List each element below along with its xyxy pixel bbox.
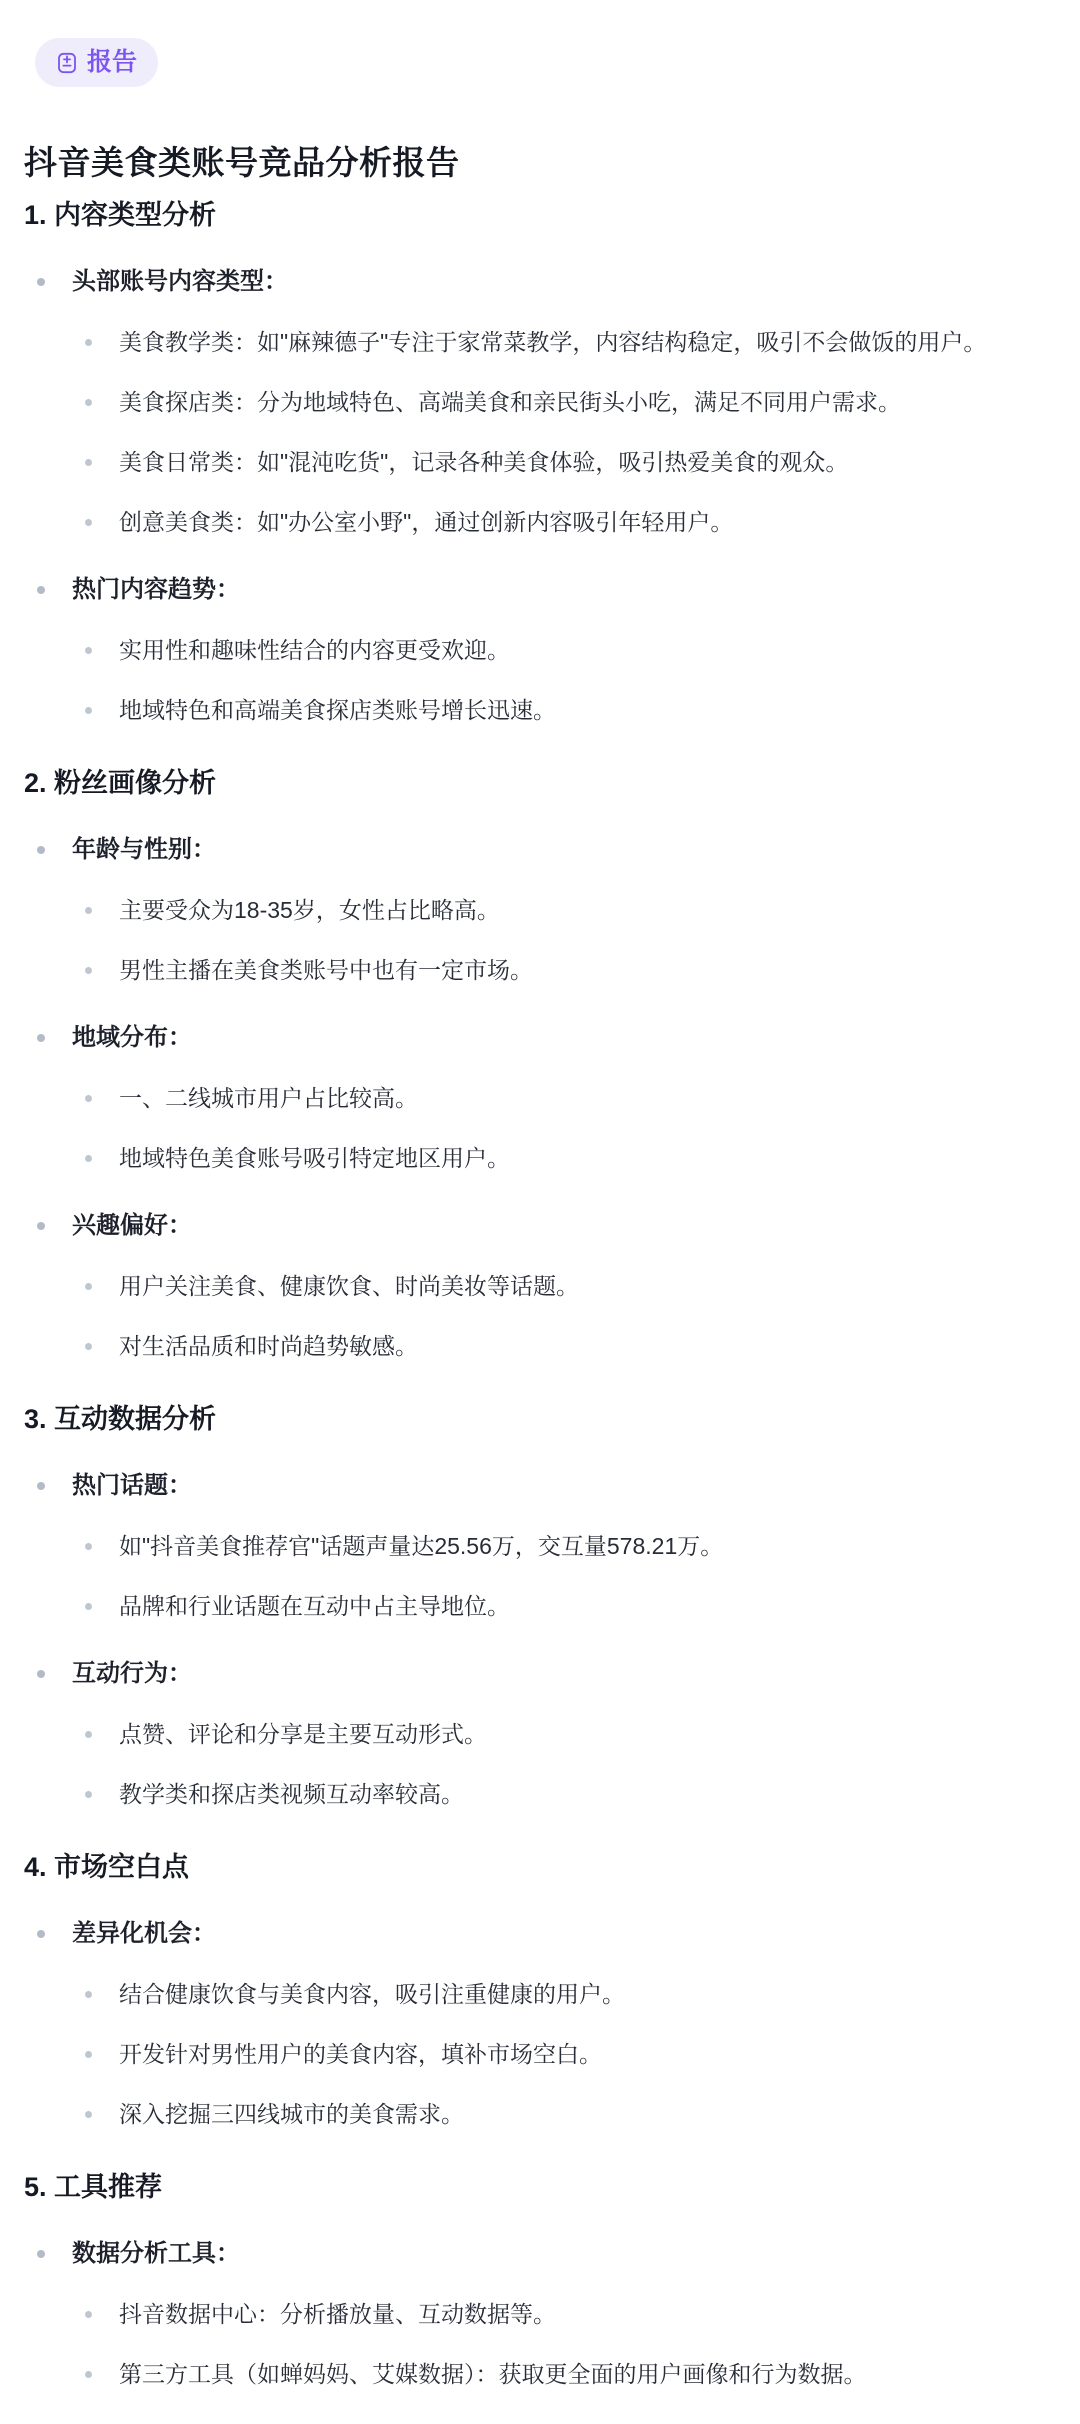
section-list: 热门话题：如"抖音美食推荐官"话题声量达25.56万，交互量578.21万。品牌… [24, 1469, 1056, 1811]
report-section: 4. 市场空白点差异化机会：结合健康饮食与美食内容，吸引注重健康的用户。开发针对… [24, 1849, 1056, 2131]
sub-list: 抖音数据中心：分析播放量、互动数据等。第三方工具（如蝉妈妈、艾媒数据）：获取更全… [72, 2297, 1056, 2391]
section-list: 头部账号内容类型：美食教学类：如"麻辣德子"专注于家常菜教学，内容结构稳定，吸引… [24, 265, 1056, 727]
list-item-level1: 差异化机会：结合健康饮食与美食内容，吸引注重健康的用户。开发针对男性用户的美食内… [24, 1917, 1056, 2131]
section-list: 差异化机会：结合健康饮食与美食内容，吸引注重健康的用户。开发针对男性用户的美食内… [24, 1917, 1056, 2131]
list-item-label: 互动行为： [72, 1657, 1056, 1691]
report-section: 2. 粉丝画像分析年龄与性别：主要受众为18-35岁，女性占比略高。男性主播在美… [24, 765, 1056, 1363]
list-item-level2: 抖音数据中心：分析播放量、互动数据等。 [119, 2297, 1056, 2331]
list-item-level2: 创意美食类：如"办公室小野"，通过创新内容吸引年轻用户。 [119, 505, 1056, 539]
section-heading: 1. 内容类型分析 [24, 197, 1056, 233]
list-item-label: 年龄与性别： [72, 833, 1056, 867]
list-item-level2: 地域特色美食账号吸引特定地区用户。 [119, 1141, 1056, 1175]
list-item-level1: 热门话题：如"抖音美食推荐官"话题声量达25.56万，交互量578.21万。品牌… [24, 1469, 1056, 1623]
sub-list: 实用性和趣味性结合的内容更受欢迎。地域特色和高端美食探店类账号增长迅速。 [72, 633, 1056, 727]
list-item-label: 兴趣偏好： [72, 1209, 1056, 1243]
list-item-level1: 互动行为：点赞、评论和分享是主要互动形式。教学类和探店类视频互动率较高。 [24, 1657, 1056, 1811]
list-item-level2: 地域特色和高端美食探店类账号增长迅速。 [119, 693, 1056, 727]
report-page: 报告 抖音美食类账号竞品分析报告 1. 内容类型分析头部账号内容类型：美食教学类… [0, 0, 1080, 2424]
list-item-level2: 深入挖掘三四线城市的美食需求。 [119, 2097, 1056, 2131]
list-item-level2: 实用性和趣味性结合的内容更受欢迎。 [119, 633, 1056, 667]
list-item-level2: 对生活品质和时尚趋势敏感。 [119, 1329, 1056, 1363]
list-item-label: 数据分析工具： [72, 2237, 1056, 2271]
list-item-label: 头部账号内容类型： [72, 265, 1056, 299]
list-item-level2: 一、二线城市用户占比较高。 [119, 1081, 1056, 1115]
report-section: 1. 内容类型分析头部账号内容类型：美食教学类：如"麻辣德子"专注于家常菜教学，… [24, 197, 1056, 727]
list-item-level2: 如"抖音美食推荐官"话题声量达25.56万，交互量578.21万。 [119, 1529, 1056, 1563]
list-item-level2: 教学类和探店类视频互动率较高。 [119, 1777, 1056, 1811]
list-item-level2: 男性主播在美食类账号中也有一定市场。 [119, 953, 1056, 987]
sub-list: 美食教学类：如"麻辣德子"专注于家常菜教学，内容结构稳定，吸引不会做饭的用户。美… [72, 325, 1056, 539]
list-item-label: 地域分布： [72, 1021, 1056, 1055]
sub-list: 点赞、评论和分享是主要互动形式。教学类和探店类视频互动率较高。 [72, 1717, 1056, 1811]
sub-list: 主要受众为18-35岁，女性占比略高。男性主播在美食类账号中也有一定市场。 [72, 893, 1056, 987]
report-document-icon [56, 52, 78, 74]
list-item-level2: 美食探店类：分为地域特色、高端美食和亲民街头小吃，满足不同用户需求。 [119, 385, 1056, 419]
list-item-level2: 结合健康饮食与美食内容，吸引注重健康的用户。 [119, 1977, 1056, 2011]
list-item-level2: 美食日常类：如"混沌吃货"，记录各种美食体验，吸引热爱美食的观众。 [119, 445, 1056, 479]
sub-list: 一、二线城市用户占比较高。地域特色美食账号吸引特定地区用户。 [72, 1081, 1056, 1175]
list-item-level2: 第三方工具（如蝉妈妈、艾媒数据）：获取更全面的用户画像和行为数据。 [119, 2357, 1056, 2391]
report-badge-label: 报告 [87, 48, 137, 77]
report-section: 3. 互动数据分析热门话题：如"抖音美食推荐官"话题声量达25.56万，交互量5… [24, 1401, 1056, 1811]
list-item-level2: 开发针对男性用户的美食内容，填补市场空白。 [119, 2037, 1056, 2071]
list-item-level1: 数据分析工具：抖音数据中心：分析播放量、互动数据等。第三方工具（如蝉妈妈、艾媒数… [24, 2237, 1056, 2391]
list-item-level2: 美食教学类：如"麻辣德子"专注于家常菜教学，内容结构稳定，吸引不会做饭的用户。 [119, 325, 1056, 359]
section-heading: 4. 市场空白点 [24, 1849, 1056, 1885]
list-item-level1: 地域分布：一、二线城市用户占比较高。地域特色美食账号吸引特定地区用户。 [24, 1021, 1056, 1175]
list-item-level1: 头部账号内容类型：美食教学类：如"麻辣德子"专注于家常菜教学，内容结构稳定，吸引… [24, 265, 1056, 539]
section-heading: 3. 互动数据分析 [24, 1401, 1056, 1437]
list-item-level2: 点赞、评论和分享是主要互动形式。 [119, 1717, 1056, 1751]
list-item-level2: 用户关注美食、健康饮食、时尚美妆等话题。 [119, 1269, 1056, 1303]
list-item-label: 差异化机会： [72, 1917, 1056, 1951]
page-title: 抖音美食类账号竞品分析报告 [24, 141, 1056, 185]
sub-list: 如"抖音美食推荐官"话题声量达25.56万，交互量578.21万。品牌和行业话题… [72, 1529, 1056, 1623]
list-item-level2: 品牌和行业话题在互动中占主导地位。 [119, 1589, 1056, 1623]
list-item-label: 热门话题： [72, 1469, 1056, 1503]
list-item-label: 热门内容趋势： [72, 573, 1056, 607]
list-item-level1: 兴趣偏好：用户关注美食、健康饮食、时尚美妆等话题。对生活品质和时尚趋势敏感。 [24, 1209, 1056, 1363]
report-badge-chip[interactable]: 报告 [35, 38, 158, 87]
section-heading: 2. 粉丝画像分析 [24, 765, 1056, 801]
section-list: 数据分析工具：抖音数据中心：分析播放量、互动数据等。第三方工具（如蝉妈妈、艾媒数… [24, 2237, 1056, 2391]
section-heading: 5. 工具推荐 [24, 2169, 1056, 2205]
list-item-level1: 热门内容趋势：实用性和趣味性结合的内容更受欢迎。地域特色和高端美食探店类账号增长… [24, 573, 1056, 727]
sub-list: 用户关注美食、健康饮食、时尚美妆等话题。对生活品质和时尚趋势敏感。 [72, 1269, 1056, 1363]
section-list: 年龄与性别：主要受众为18-35岁，女性占比略高。男性主播在美食类账号中也有一定… [24, 833, 1056, 1363]
report-section: 5. 工具推荐数据分析工具：抖音数据中心：分析播放量、互动数据等。第三方工具（如… [24, 2169, 1056, 2391]
sub-list: 结合健康饮食与美食内容，吸引注重健康的用户。开发针对男性用户的美食内容，填补市场… [72, 1977, 1056, 2131]
report-body: 1. 内容类型分析头部账号内容类型：美食教学类：如"麻辣德子"专注于家常菜教学，… [24, 197, 1056, 2391]
list-item-level2: 主要受众为18-35岁，女性占比略高。 [119, 893, 1056, 927]
list-item-level1: 年龄与性别：主要受众为18-35岁，女性占比略高。男性主播在美食类账号中也有一定… [24, 833, 1056, 987]
